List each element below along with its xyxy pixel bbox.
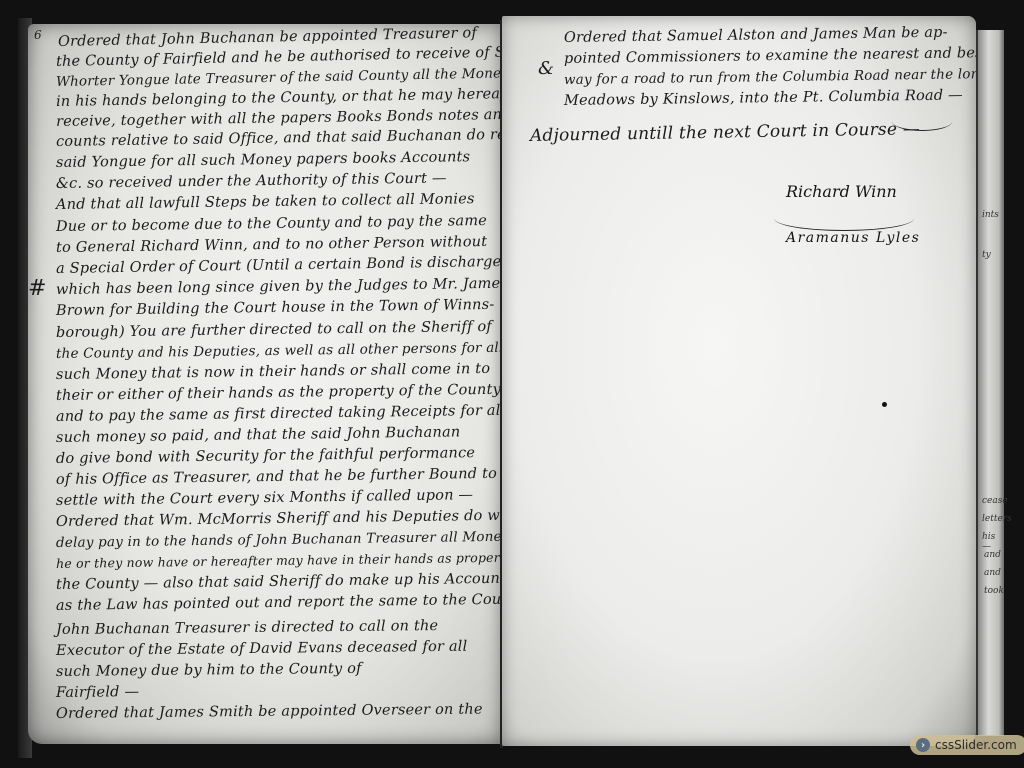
manuscript-line: Ordered that James Smith be appointed Ov… (56, 702, 483, 722)
manuscript-line: receive, together with all the papers Bo… (56, 106, 502, 130)
right-manuscript-page: Ordered that Samuel Alston and James Man… (502, 16, 976, 746)
manuscript-line: of his Office as Treasurer, and that he … (56, 466, 497, 488)
manuscript-line: a Special Order of Court (Until a certai… (56, 254, 502, 277)
manuscript-line: the County — also that said Sheriff do m… (56, 571, 502, 593)
manuscript-line: Ordered that Samuel Alston and James Man… (564, 25, 948, 46)
manuscript-line: Fairfield — (56, 684, 139, 701)
manuscript-line: counts relative to said Office, and that… (56, 126, 502, 150)
left-page-text: Ordered that John Buchanan be appointed … (28, 24, 502, 744)
manuscript-line: And that all lawfull Steps be taken to c… (56, 191, 475, 213)
manuscript-line: in his hands belonging to the County, or… (56, 86, 502, 110)
manuscript-line: he or they now have or hereafter may hav… (56, 549, 502, 571)
ink-blot (882, 402, 887, 407)
chevron-right-icon: › (916, 738, 930, 752)
edge-fragment: ty (982, 250, 991, 260)
manuscript-line: John Buchanan Treasurer is directed to c… (56, 618, 438, 638)
manuscript-line: such Money that is now in their hands or… (56, 361, 490, 383)
manuscript-line: such Money due by him to the County of (56, 661, 362, 680)
edge-fragment: cease (982, 496, 1008, 506)
edge-fragment: and (984, 550, 1001, 560)
flourish-decoration (892, 112, 952, 131)
edge-fragment: ints (982, 210, 999, 220)
margin-hash-mark: # (28, 276, 46, 301)
manuscript-line: Meadows by Kinslows, into the Pt. Columb… (564, 87, 963, 109)
signature-richard-winn: Richard Winn (786, 182, 897, 201)
manuscript-line: and to pay the same as first directed ta… (56, 403, 502, 425)
cssslider-watermark-link[interactable]: › cssSlider.com (910, 735, 1024, 755)
manuscript-line: &c. so received under the Authority of t… (56, 171, 447, 192)
left-manuscript-page: 6 Ordered that John Buchanan be appointe… (28, 24, 502, 744)
manuscript-line: their or either of their hands as the pr… (56, 382, 502, 404)
manuscript-line: do give bond with Security for the faith… (56, 445, 475, 467)
edge-fragment: letters (982, 514, 1012, 524)
manuscript-line: said Yongue for all such Money papers bo… (56, 149, 470, 171)
manuscript-line: Due or to become due to the County and t… (56, 213, 487, 235)
manuscript-line: as the Law has pointed out and report th… (56, 591, 502, 614)
manuscript-line: pointed Commissioners to examine the nea… (564, 45, 976, 67)
watermark-text: cssSlider.com (935, 738, 1017, 752)
signature-aramanus-lyles: Aramanus Lyles (786, 230, 920, 246)
manuscript-line: Ordered that Wm. McMorris Sheriff and hi… (56, 507, 502, 530)
manuscript-line: which has been long since given by the J… (56, 276, 502, 298)
signature-flourish (774, 206, 914, 231)
manuscript-line: borough) You are further directed to cal… (56, 319, 492, 341)
adjournment-line: Adjourned untill the next Court in Cours… (530, 119, 920, 146)
margin-ampersand-mark: & (538, 58, 554, 79)
edge-fragment: his — (982, 532, 1004, 552)
next-page-edge: ty ints cease letters his — and and took (976, 30, 1004, 736)
edge-fragment: and (984, 568, 1001, 578)
edge-fragment: took (984, 586, 1004, 596)
manuscript-line: the County and his Deputies, as well as … (56, 340, 502, 362)
manuscript-line: settle with the Court every six Months i… (56, 487, 473, 509)
manuscript-line: Brown for Building the Court house in th… (56, 297, 495, 319)
manuscript-line: to General Richard Winn, and to no other… (56, 234, 488, 256)
manuscript-line: such money so paid, and that the said Jo… (56, 424, 461, 446)
slider-viewport: 6 Ordered that John Buchanan be appointe… (0, 0, 1024, 768)
manuscript-line: Executor of the Estate of David Evans de… (56, 639, 468, 659)
manuscript-line: way for a road to run from the Columbia … (564, 66, 976, 88)
manuscript-line: delay pay in to the hands of John Buchan… (56, 529, 502, 551)
